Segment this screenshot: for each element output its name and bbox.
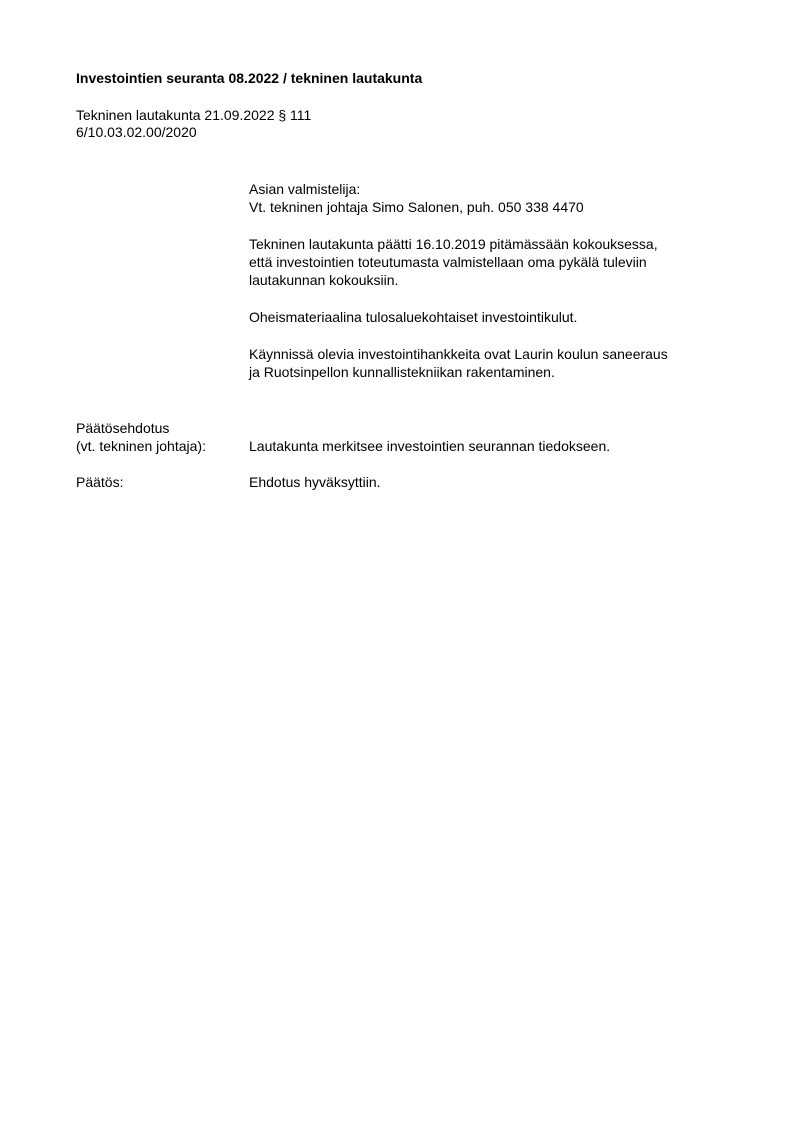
decision-text: Ehdotus hyväksyttiin. — [249, 474, 381, 491]
paragraph-1-line-3: lautakunnan kokouksiin. — [249, 272, 398, 289]
record-number: 6/10.03.02.00/2020 — [76, 124, 197, 141]
document-title: Investointien seuranta 08.2022 / teknine… — [76, 70, 422, 87]
paragraph-1-line-2: että investointien toteutumasta valmiste… — [249, 254, 647, 271]
paragraph-2-line-1: Oheismateriaalina tulosaluekohtaiset inv… — [249, 309, 577, 326]
decision-label: Päätös: — [76, 474, 123, 491]
paragraph-3-line-2: ja Ruotsinpellon kunnallistekniikan rake… — [249, 364, 555, 381]
preparer-value: Vt. tekninen johtaja Simo Salonen, puh. … — [249, 199, 584, 216]
paragraph-1-line-1: Tekninen lautakunta päätti 16.10.2019 pi… — [249, 236, 658, 253]
proposal-label-line-2: (vt. tekninen johtaja): — [76, 438, 206, 455]
meeting-line: Tekninen lautakunta 21.09.2022 § 111 — [76, 107, 311, 124]
paragraph-3-line-1: Käynnissä olevia investointihankkeita ov… — [249, 346, 668, 363]
proposal-label-line-1: Päätösehdotus — [76, 420, 169, 437]
proposal-text: Lautakunta merkitsee investointien seura… — [249, 438, 610, 455]
preparer-label: Asian valmistelija: — [249, 181, 360, 198]
